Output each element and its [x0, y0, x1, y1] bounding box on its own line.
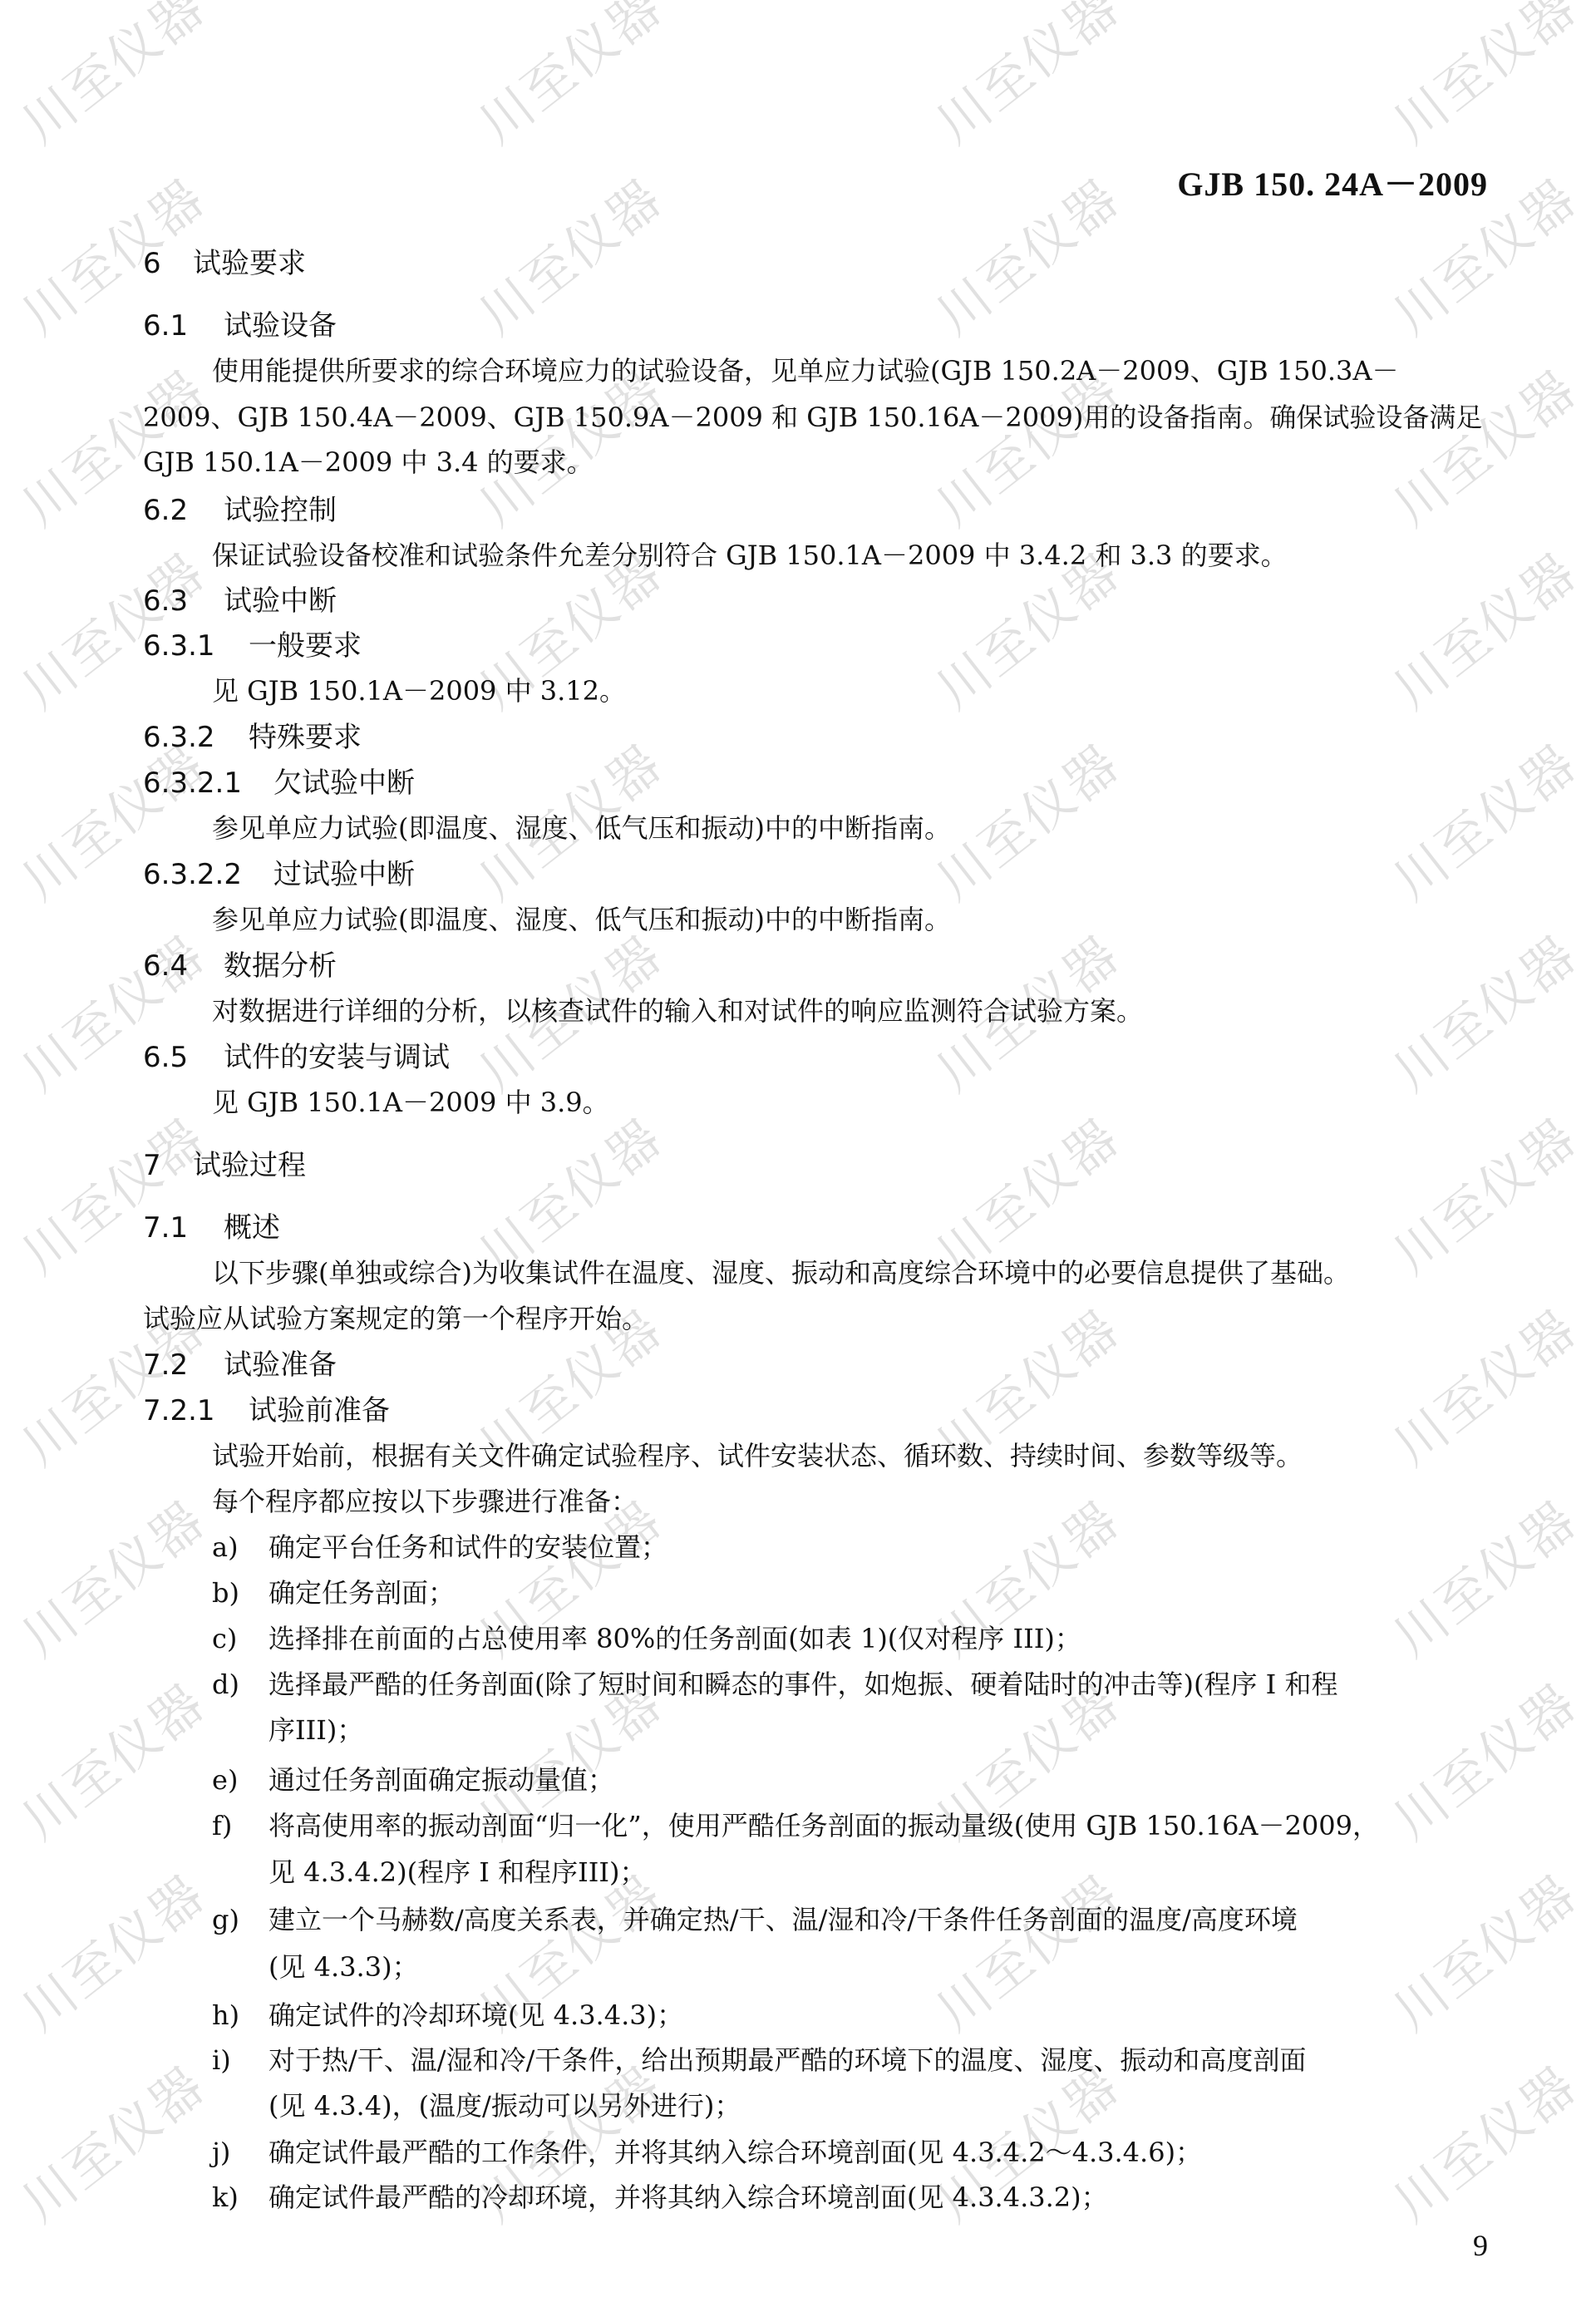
section-title: 一般要求 — [249, 629, 362, 663]
list-item-text: 选择排在前面的占总使用率 80%的任务剖面(如表 1)(仅对程序 III)； — [268, 1623, 1081, 1654]
list-item-text: 确定试件最严酷的冷却环境，并将其纳入综合环境剖面(见 4.3.4.3.2)； — [268, 2181, 1108, 2213]
list-item-label: e) — [212, 1767, 268, 1793]
list-item-text: 确定任务剖面； — [268, 1577, 455, 1609]
list-item-label: c) — [212, 1625, 268, 1652]
section-heading-6-3-2-2: 6.3.2.2过试验中断 — [143, 860, 415, 889]
list-item-label: h) — [212, 2002, 268, 2029]
section-heading-7-1: 7.1概述 — [143, 1214, 280, 1242]
list-item-label: g) — [212, 1906, 268, 1933]
section-heading-6-1: 6.1试验设备 — [143, 312, 337, 340]
section-heading-7-2: 7.2试验准备 — [143, 1351, 337, 1379]
list-item-label: i) — [212, 2047, 268, 2073]
section-heading-6-3-1: 6.3.1一般要求 — [143, 632, 362, 660]
section-heading-6-4: 6.4数据分析 — [143, 952, 337, 980]
list-item-label: f) — [212, 1812, 268, 1839]
list-item-e: e)通过任务剖面确定振动量值； — [212, 1767, 614, 1793]
section-title: 试验准备 — [224, 1348, 337, 1382]
section-title: 数据分析 — [224, 949, 337, 983]
section-number: 7.2.1 — [143, 1397, 239, 1425]
section-title: 试验前准备 — [249, 1394, 390, 1427]
list-item-continuation: 见 4.3.4.2)(程序 I 和程序III)； — [268, 1859, 647, 1886]
list-item-continuation: 序III)； — [268, 1717, 363, 1743]
section-number: 7 — [143, 1151, 193, 1180]
section-title: 试验中断 — [224, 584, 337, 618]
list-item-text: 将高使用率的振动剖面“归一化”，使用严酷任务剖面的振动量级(使用 GJB 150… — [268, 1810, 1379, 1841]
paragraph-line: 2009、GJB 150.4A－2009、GJB 150.9A－2009 和 G… — [143, 404, 1482, 431]
paragraph-line: 保证试验设备校准和试验条件允差分别符合 GJB 150.1A－2009 中 3.… — [212, 542, 1288, 569]
list-item-continuation: (见 4.3.4)，(温度/振动可以另外进行)； — [268, 2093, 741, 2119]
section-heading-7-2-1: 7.2.1试验前准备 — [143, 1397, 390, 1425]
list-item-label: a) — [212, 1534, 268, 1560]
list-item-b: b)确定任务剖面； — [212, 1580, 455, 1606]
list-item-h: h)确定试件的冷却环境(见 4.3.4.3)； — [212, 2002, 683, 2029]
list-item-text: 对于热/干、温/湿和冷/干条件，给出预期最严酷的环境下的温度、湿度、振动和高度剖… — [268, 2044, 1306, 2076]
section-number: 6.4 — [143, 952, 214, 980]
section-number: 6 — [143, 249, 193, 278]
paragraph-line: 以下步骤(单独或综合)为收集试件在温度、湿度、振动和高度综合环境中的必要信息提供… — [212, 1260, 1350, 1286]
list-item-text: 确定试件的冷却环境(见 4.3.4.3)； — [268, 1999, 683, 2031]
list-item-text: 确定平台任务和试件的安装位置； — [268, 1531, 667, 1563]
section-title: 特殊要求 — [249, 721, 362, 754]
section-number: 6.3 — [143, 587, 214, 615]
section-number: 6.3.1 — [143, 632, 239, 660]
section-number: 6.1 — [143, 312, 214, 340]
list-item-a: a)确定平台任务和试件的安装位置； — [212, 1534, 667, 1560]
section-title: 试件的安装与调试 — [224, 1041, 450, 1074]
paragraph-line: 试验应从试验方案规定的第一个程序开始。 — [143, 1305, 648, 1332]
list-item-f: f)将高使用率的振动剖面“归一化”，使用严酷任务剖面的振动量级(使用 GJB 1… — [212, 1812, 1379, 1839]
section-title: 过试验中断 — [273, 858, 415, 891]
list-item-i: i)对于热/干、温/湿和冷/干条件，给出预期最严酷的环境下的温度、湿度、振动和高… — [212, 2047, 1306, 2073]
paragraph-line: 试验开始前，根据有关文件确定试验程序、试件安装状态、循环数、持续时间、参数等级等… — [212, 1442, 1303, 1469]
section-title: 概述 — [224, 1211, 280, 1245]
list-item-text: 选择最严酷的任务剖面(除了短时间和瞬态的事件，如炮振、硬着陆时的冲击等)(程序 … — [268, 1669, 1337, 1700]
list-item-d: d)选择最严酷的任务剖面(除了短时间和瞬态的事件，如炮振、硬着陆时的冲击等)(程… — [212, 1671, 1337, 1698]
paragraph-line: 每个程序都应按以下步骤进行准备： — [212, 1488, 638, 1515]
paragraph-line: 见 GJB 150.1A－2009 中 3.9。 — [212, 1089, 609, 1116]
list-item-label: k) — [212, 2184, 268, 2211]
paragraph-line: 参见单应力试验(即温度、湿度、低气压和振动)中的中断指南。 — [212, 815, 951, 841]
section-number: 6.2 — [143, 496, 214, 525]
section-number: 6.3.2.1 — [143, 769, 264, 797]
list-item-text: 通过任务剖面确定振动量值； — [268, 1764, 614, 1796]
paragraph-line: 对数据进行详细的分析，以核查试件的输入和对试件的响应监测符合试验方案。 — [212, 998, 1143, 1024]
list-item-continuation: (见 4.3.3)； — [268, 1954, 419, 1980]
standard-code: GJB 150. 24A－2009 — [1177, 158, 1488, 205]
section-number: 6.5 — [143, 1043, 214, 1072]
section-title: 试验设备 — [224, 309, 337, 343]
paragraph-line: 见 GJB 150.1A－2009 中 3.12。 — [212, 678, 626, 704]
section-title: 试验控制 — [224, 494, 337, 527]
page-number: 9 — [1473, 2228, 1488, 2263]
list-item-c: c)选择排在前面的占总使用率 80%的任务剖面(如表 1)(仅对程序 III)； — [212, 1625, 1081, 1652]
list-item-j: j)确定试件最严酷的工作条件，并将其纳入综合环境剖面(见 4.3.4.2～4.3… — [212, 2139, 1202, 2166]
list-item-g: g)建立一个马赫数/高度关系表，并确定热/干、温/湿和冷/干条件任务剖面的温度/… — [212, 1906, 1298, 1933]
section-heading-6-3-2: 6.3.2特殊要求 — [143, 723, 362, 752]
section-number: 6.3.2 — [143, 723, 239, 752]
section-title: 试验过程 — [193, 1149, 306, 1182]
list-item-label: b) — [212, 1580, 268, 1606]
section-heading-6-3: 6.3试验中断 — [143, 587, 337, 615]
document-page: GJB 150. 24A－2009 6试验要求 6.1试验设备 使用能提供所要求… — [0, 0, 1596, 2317]
section-title: 欠试验中断 — [273, 767, 415, 800]
list-item-k: k)确定试件最严酷的冷却环境，并将其纳入综合环境剖面(见 4.3.4.3.2)； — [212, 2184, 1108, 2211]
section-heading-6-5: 6.5试件的安装与调试 — [143, 1043, 450, 1072]
list-item-label: d) — [212, 1671, 268, 1698]
paragraph-line: 使用能提供所要求的综合环境应力的试验设备，见单应力试验(GJB 150.2A－2… — [212, 357, 1399, 384]
list-item-text: 建立一个马赫数/高度关系表，并确定热/干、温/湿和冷/干条件任务剖面的温度/高度… — [268, 1904, 1298, 1935]
section-number: 7.1 — [143, 1214, 214, 1242]
section-number: 6.3.2.2 — [143, 860, 264, 889]
paragraph-line: 参见单应力试验(即温度、湿度、低气压和振动)中的中断指南。 — [212, 906, 951, 933]
list-item-text: 确定试件最严酷的工作条件，并将其纳入综合环境剖面(见 4.3.4.2～4.3.4… — [268, 2137, 1202, 2168]
section-heading-7: 7试验过程 — [143, 1151, 306, 1180]
section-heading-6-3-2-1: 6.3.2.1欠试验中断 — [143, 769, 415, 797]
paragraph-line: GJB 150.1A－2009 中 3.4 的要求。 — [143, 449, 594, 476]
section-heading-6: 6试验要求 — [143, 249, 306, 278]
section-title: 试验要求 — [193, 247, 306, 280]
section-number: 7.2 — [143, 1351, 214, 1379]
section-heading-6-2: 6.2试验控制 — [143, 496, 337, 525]
list-item-label: j) — [212, 2139, 268, 2166]
